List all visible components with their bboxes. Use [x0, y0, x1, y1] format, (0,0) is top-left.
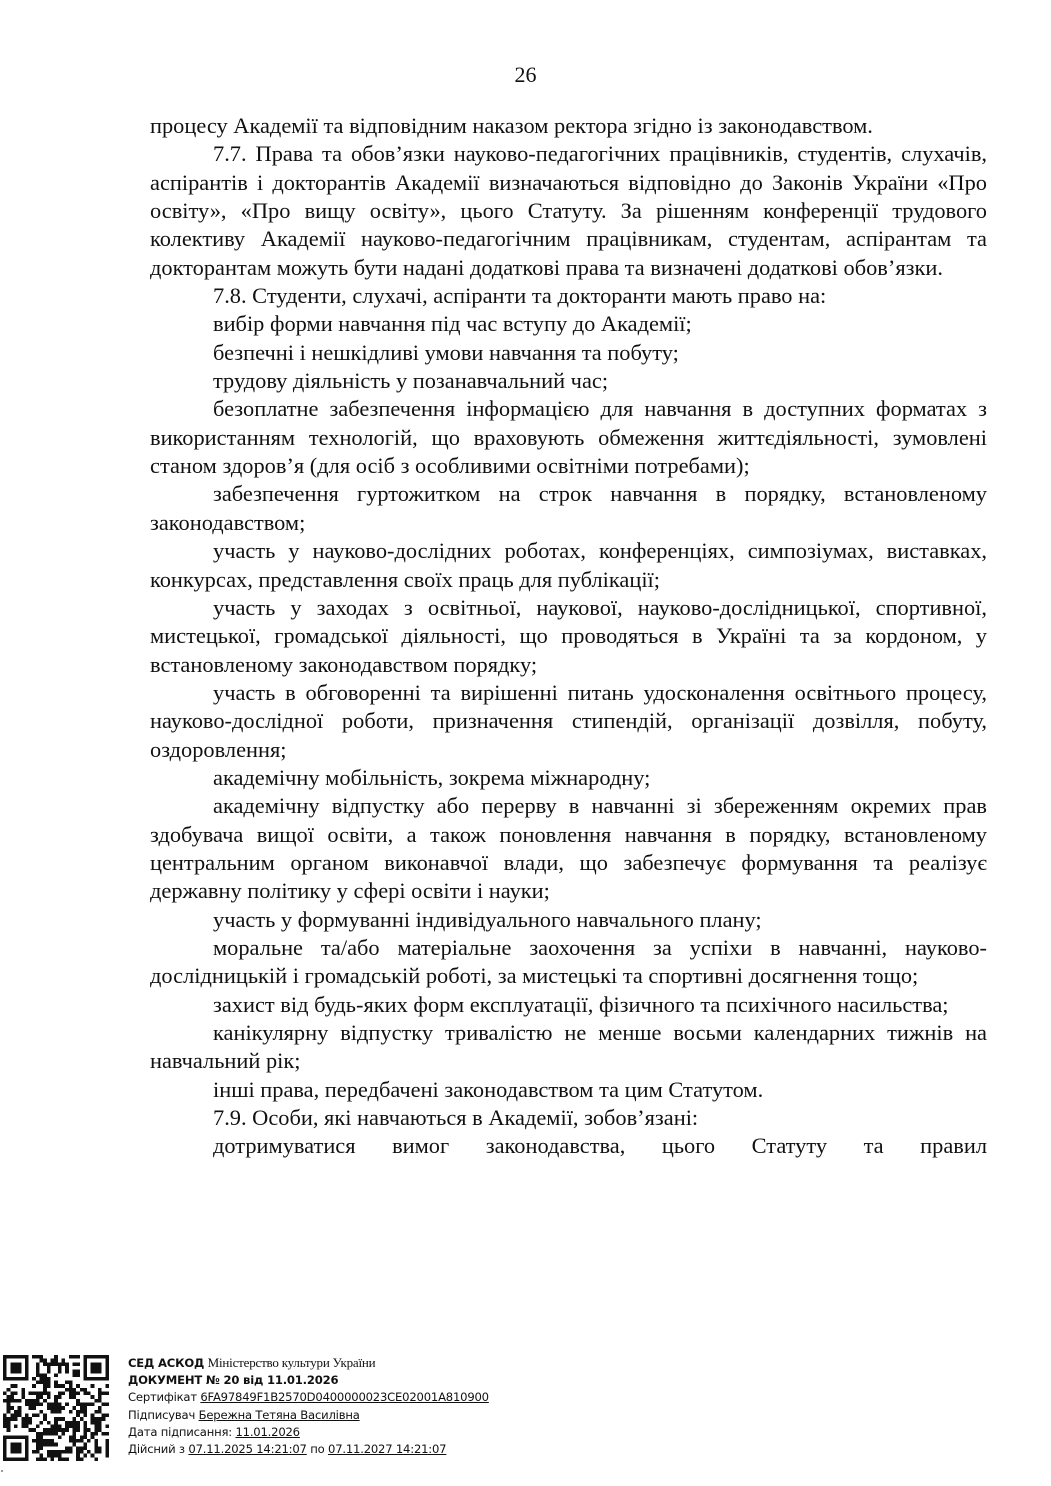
paragraph: безпечні і нешкідливі умови навчання та … [150, 339, 987, 367]
stamp-organization: Міністерство культури України [208, 1355, 376, 1370]
paragraph: безоплатне забезпечення інформацією для … [150, 395, 987, 480]
paragraph: захист від будь-яких форм експлуатації, … [150, 991, 987, 1019]
stamp-certificate-label: Сертифікат [128, 1390, 197, 1404]
stamp-certificate-value: 6FA97849F1B2570D0400000023CE02001A810900 [200, 1390, 488, 1404]
stamp-certificate-row: Сертифікат 6FA97849F1B2570D0400000023CE0… [128, 1389, 489, 1406]
signature-stamp-text: СЕД АСКОД Міністерство культури України … [128, 1354, 489, 1458]
stamp-signer-value: Бережна Тетяна Василівна [199, 1408, 360, 1422]
page-number: 26 [0, 62, 1051, 88]
signature-stamp: СЕД АСКОД Міністерство культури України … [0, 1352, 560, 1472]
document-body: процесу Академії та відповідним наказом … [150, 112, 987, 1161]
paragraph: участь в обговоренні та вирішенні питань… [150, 679, 987, 764]
paragraph: канікулярну відпустку тривалістю не менш… [150, 1019, 987, 1076]
stamp-sign-date-value: 11.01.2026 [235, 1425, 299, 1439]
stamp-signer-row: Підписувач Бережна Тетяна Василівна [128, 1407, 489, 1424]
paragraph: участь у формуванні індивідуального навч… [150, 906, 987, 934]
stamp-valid-from-value: 07.11.2025 14:21:07 [188, 1442, 306, 1456]
qr-code-icon [3, 1355, 109, 1461]
paragraph: 7.9. Особи, які навчаються в Академії, з… [150, 1104, 987, 1132]
stamp-valid-to-value: 07.11.2027 14:21:07 [328, 1442, 446, 1456]
paragraph: дотримуватися вимог законодавства, цього… [150, 1132, 987, 1160]
stamp-signer-label: Підписувач [128, 1408, 195, 1422]
paragraph: 7.8. Студенти, слухачі, аспіранти та док… [150, 282, 987, 310]
stamp-sign-date-label: Дата підписання: [128, 1425, 232, 1439]
stamp-document-label: ДОКУМЕНТ № 20 від 11.01.2026 [128, 1372, 489, 1389]
scan-artifact [1, 1470, 3, 1472]
paragraph: процесу Академії та відповідним наказом … [150, 112, 987, 140]
stamp-valid-to-label: по [310, 1442, 324, 1456]
paragraph: трудову діяльність у позанавчальний час; [150, 367, 987, 395]
paragraph: академічну відпустку або перерву в навча… [150, 792, 987, 905]
stamp-system-row: СЕД АСКОД Міністерство культури України [128, 1354, 489, 1372]
paragraph: 7.7. Права та обов’язки науково-педагогі… [150, 140, 987, 282]
paragraph: вибір форми навчання під час вступу до А… [150, 310, 987, 338]
stamp-system-label: СЕД АСКОД [128, 1356, 204, 1370]
paragraph: забезпечення гуртожитком на строк навчан… [150, 480, 987, 537]
stamp-validity-row: Дійсний з 07.11.2025 14:21:07 по 07.11.2… [128, 1441, 489, 1458]
paragraph: участь у науково-дослідних роботах, конф… [150, 537, 987, 594]
stamp-sign-date-row: Дата підписання: 11.01.2026 [128, 1424, 489, 1441]
paragraph: інші права, передбачені законодавством т… [150, 1076, 987, 1104]
paragraph: моральне та/або матеріальне заохочення з… [150, 934, 987, 991]
paragraph: академічну мобільність, зокрема міжнарод… [150, 764, 987, 792]
paragraph: участь у заходах з освітньої, наукової, … [150, 594, 987, 679]
stamp-valid-from-label: Дійсний з [128, 1442, 185, 1456]
